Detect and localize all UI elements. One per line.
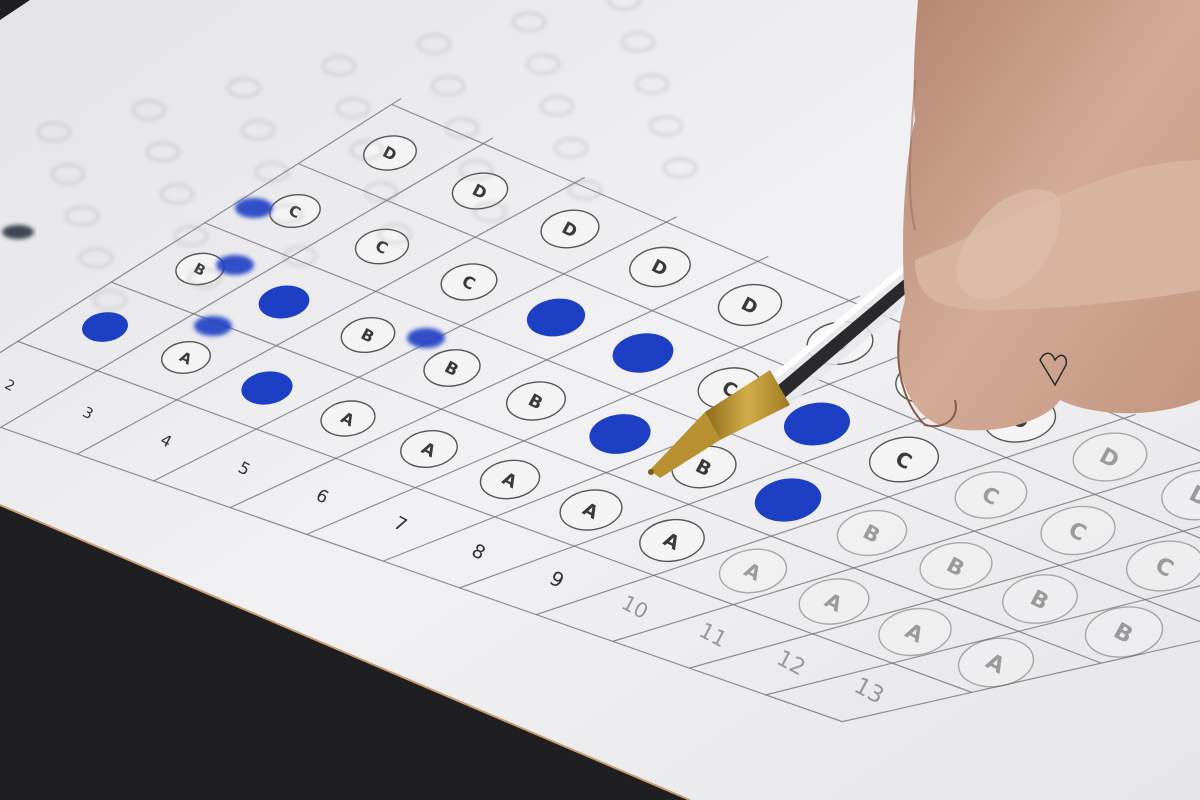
filled-bubble [235, 198, 273, 218]
filled-bubble [194, 316, 232, 336]
filled-bubble [2, 225, 34, 239]
filled-bubble [407, 328, 445, 348]
photo-scene: 2BCD3ACD4BCD5ABD6ABD7ACD8ABD9ACD10ABCD11… [0, 0, 1200, 800]
hand [898, 0, 1200, 430]
filled-bubble [216, 255, 254, 275]
answer-sheet-photo: 2BCD3ACD4BCD5ABD6ABD7ACD8ABD9ACD10ABCD11… [0, 0, 1200, 800]
